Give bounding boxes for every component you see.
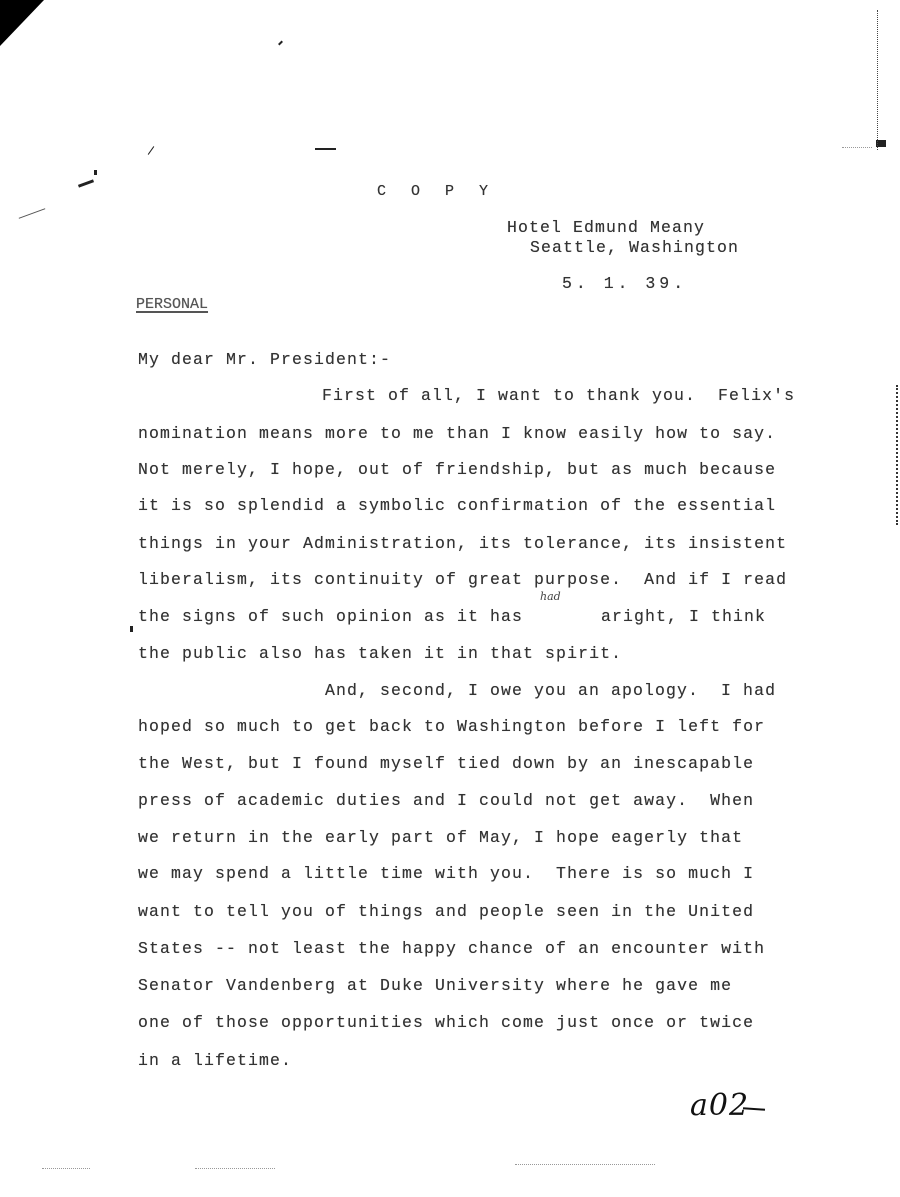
scan-edge bbox=[42, 1168, 90, 1169]
body-line: States -- not least the happy chance of … bbox=[138, 939, 765, 958]
scan-edge bbox=[896, 385, 898, 525]
copy-stamp: C O P Y bbox=[377, 183, 496, 200]
body-line: we may spend a little time with you. The… bbox=[138, 864, 754, 883]
body-line: liberalism, its continuity of great purp… bbox=[138, 570, 787, 589]
scan-mark bbox=[130, 626, 133, 632]
body-line: First of all, I want to thank you. Felix… bbox=[322, 386, 795, 405]
handwritten-insertion: had bbox=[540, 590, 561, 603]
body-line: want to tell you of things and people se… bbox=[138, 902, 754, 921]
body-line: And, second, I owe you an apology. I had bbox=[325, 681, 776, 700]
folio-number: a02 bbox=[690, 1088, 749, 1123]
scan-mark bbox=[148, 146, 155, 155]
letterhead-city: Seattle, Washington bbox=[530, 238, 739, 257]
folded-corner bbox=[0, 0, 44, 46]
salutation: My dear Mr. President:- bbox=[138, 350, 391, 369]
body-line: aright, I think bbox=[601, 607, 766, 626]
body-line: Not merely, I hope, out of friendship, b… bbox=[138, 460, 776, 479]
body-line: things in your Administration, its toler… bbox=[138, 534, 787, 553]
letter-date: 5. 1. 39. bbox=[562, 274, 687, 293]
body-line: one of those opportunities which come ju… bbox=[138, 1013, 754, 1032]
scan-mark bbox=[94, 170, 97, 175]
scan-mark bbox=[278, 41, 283, 46]
body-line: hoped so much to get back to Washington … bbox=[138, 717, 765, 736]
body-line: Senator Vandenberg at Duke University wh… bbox=[138, 976, 732, 995]
body-line: the West, but I found myself tied down b… bbox=[138, 754, 754, 773]
body-line: nomination means more to me than I know … bbox=[138, 424, 776, 443]
document-page: C O P Y Hotel Edmund Meany Seattle, Wash… bbox=[0, 0, 900, 1197]
scan-edge bbox=[842, 147, 872, 148]
scan-mark bbox=[78, 179, 94, 187]
scan-edge bbox=[515, 1164, 655, 1165]
body-line: press of academic duties and I could not… bbox=[138, 791, 754, 810]
letterhead-hotel: Hotel Edmund Meany bbox=[507, 218, 705, 237]
body-line: we return in the early part of May, I ho… bbox=[138, 828, 743, 847]
body-line: the public also has taken it in that spi… bbox=[138, 644, 622, 663]
scan-edge bbox=[877, 10, 878, 150]
body-line: in a lifetime. bbox=[138, 1051, 292, 1070]
scan-mark bbox=[19, 208, 46, 219]
scan-edge bbox=[195, 1168, 275, 1169]
personal-label: PERSONAL bbox=[136, 296, 208, 313]
scan-mark bbox=[315, 148, 336, 150]
body-line: the signs of such opinion as it has bbox=[138, 607, 523, 626]
body-line: it is so splendid a symbolic confirmatio… bbox=[138, 496, 776, 515]
